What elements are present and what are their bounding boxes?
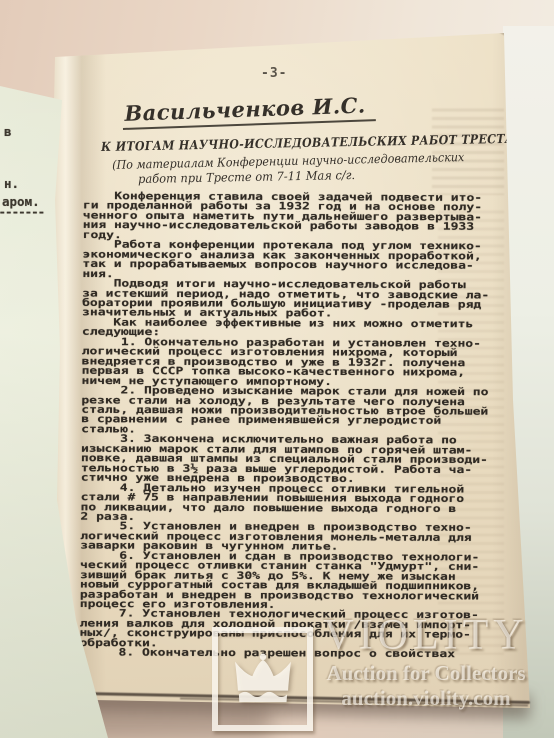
photo-scene: -3- Васильченков И.С. К ИТОГАМ НАУЧНО-ИС… [0, 0, 554, 738]
document-page: -3- Васильченков И.С. К ИТОГАМ НАУЧНО-ИС… [0, 0, 554, 738]
previous-page-text-fragment: н. [4, 176, 19, 191]
page-number: -3- [261, 66, 287, 81]
previous-page-dashes: -------- [0, 204, 44, 219]
ink-bleed-overlay [432, 103, 504, 195]
typed-body-text: Конференция ставила своей задачей подвес… [79, 192, 490, 660]
previous-page-text-fragment: в [4, 124, 12, 139]
